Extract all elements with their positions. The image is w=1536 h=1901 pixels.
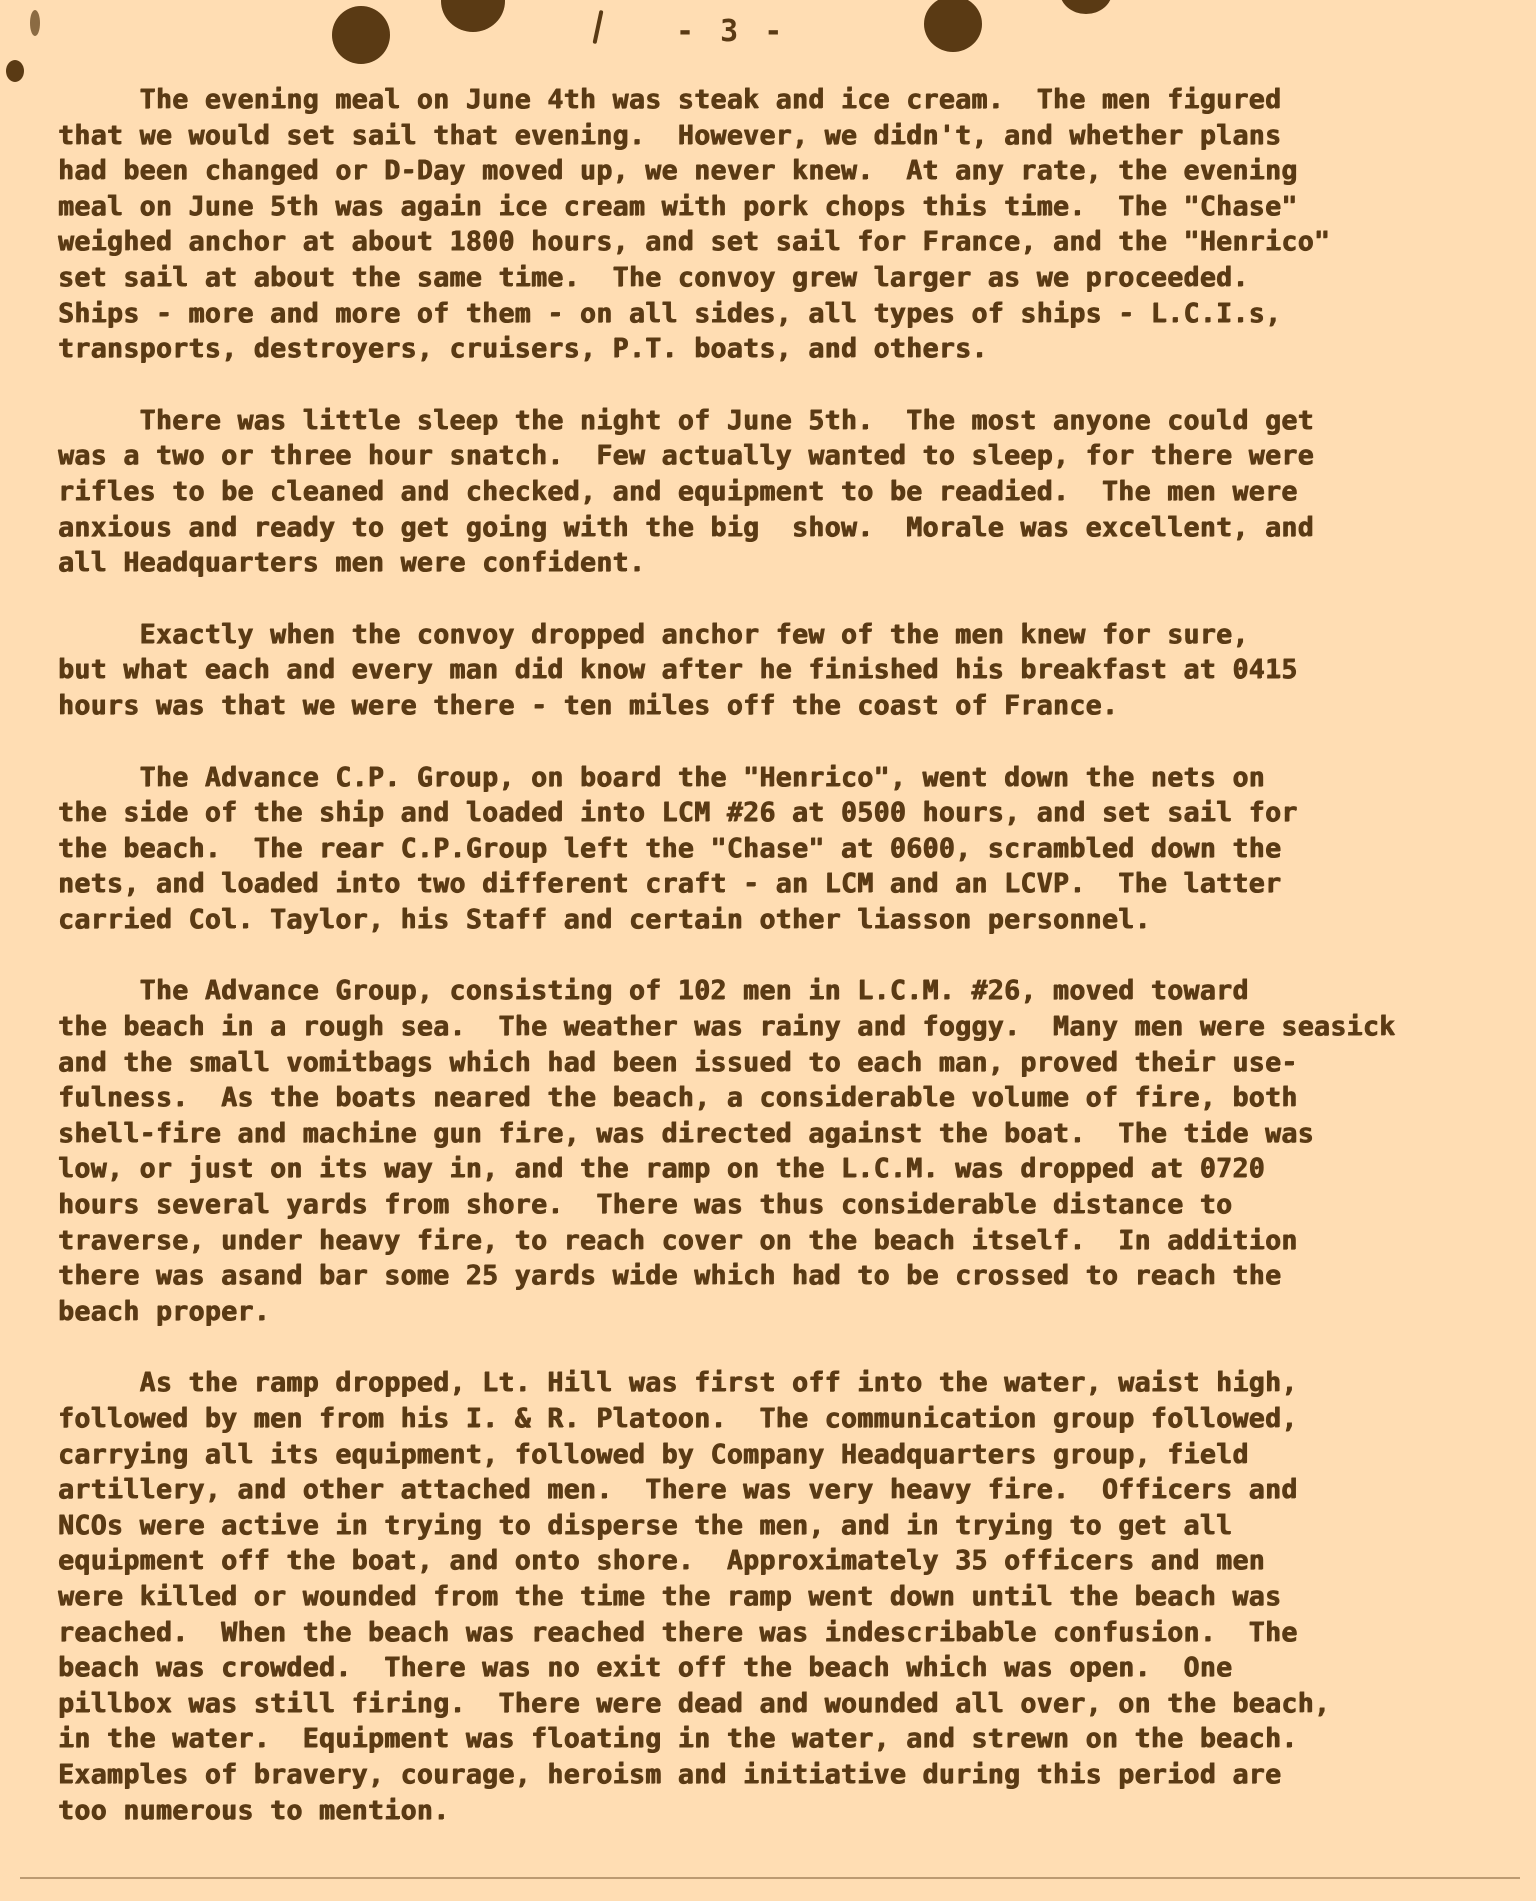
text-line: hours was that we were there - ten miles… (58, 688, 1528, 724)
text-line: The Advance C.P. Group, on board the "He… (58, 760, 1528, 796)
text-line: the side of the ship and loaded into LCM… (58, 795, 1528, 831)
text-line: was a two or three hour snatch. Few actu… (58, 438, 1528, 474)
text-line: carrying all its equipment, followed by … (58, 1437, 1528, 1473)
text-line: equipment off the boat, and onto shore. … (58, 1543, 1528, 1579)
text-line: Ships - more and more of them - on all s… (58, 296, 1528, 332)
text-line: The Advance Group, consisting of 102 men… (58, 973, 1528, 1009)
text-line: beach was crowded. There was no exit off… (58, 1650, 1528, 1686)
text-line: hours several yards from shore. There wa… (58, 1187, 1528, 1223)
text-line: all Headquarters men were confident. (58, 545, 1528, 581)
paragraph-embarkation: The evening meal on June 4th was steak a… (58, 82, 1528, 367)
punch-hole (1060, 0, 1112, 14)
text-line: anxious and ready to get going with the … (58, 510, 1528, 546)
text-line: Examples of bravery, courage, heroism an… (58, 1757, 1528, 1793)
paragraph-landing: As the ramp dropped, Lt. Hill was first … (58, 1365, 1528, 1828)
text-line: the beach. The rear C.P.Group left the "… (58, 831, 1528, 867)
text-line: pillbox was still firing. There were dea… (58, 1686, 1528, 1722)
scan-artifact-line (20, 1877, 1520, 1879)
text-line: rifles to be cleaned and checked, and eq… (58, 474, 1528, 510)
text-line: transports, destroyers, cruisers, P.T. b… (58, 331, 1528, 367)
text-line: There was little sleep the night of June… (58, 403, 1528, 439)
text-line: NCOs were active in trying to disperse t… (58, 1508, 1528, 1544)
text-line: traverse, under heavy fire, to reach cov… (58, 1223, 1528, 1259)
text-line: carried Col. Taylor, his Staff and certa… (58, 902, 1528, 938)
text-line: in the water. Equipment was floating in … (58, 1721, 1528, 1757)
punch-hole (332, 6, 390, 64)
text-line: shell-fire and machine gun fire, was dir… (58, 1116, 1528, 1152)
text-line: artillery, and other attached men. There… (58, 1472, 1528, 1508)
text-line: that we would set sail that evening. How… (58, 118, 1528, 154)
text-line: weighed anchor at about 1800 hours, and … (58, 224, 1528, 260)
paragraph-arrival: Exactly when the convoy dropped anchor f… (58, 617, 1528, 724)
text-line: set sail at about the same time. The con… (58, 260, 1528, 296)
text-line: low, or just on its way in, and the ramp… (58, 1151, 1528, 1187)
ink-blot (6, 60, 24, 82)
pen-mark (593, 10, 604, 44)
text-line: the beach in a rough sea. The weather wa… (58, 1009, 1528, 1045)
text-line: had been changed or D-Day moved up, we n… (58, 153, 1528, 189)
punch-hole (924, 0, 982, 52)
text-line: nets, and loaded into two different craf… (58, 866, 1528, 902)
text-line: and the small vomitbags which had been i… (58, 1045, 1528, 1081)
text-line: reached. When the beach was reached ther… (58, 1615, 1528, 1651)
text-line: followed by men from his I. & R. Platoon… (58, 1401, 1528, 1437)
text-line: but what each and every man did know aft… (58, 652, 1528, 688)
text-line: were killed or wounded from the time the… (58, 1579, 1528, 1615)
document-body: The evening meal on June 4th was steak a… (58, 82, 1528, 1864)
paragraph-loading: The Advance C.P. Group, on board the "He… (58, 760, 1528, 938)
text-line: As the ramp dropped, Lt. Hill was first … (58, 1365, 1528, 1401)
ink-blot (30, 10, 40, 36)
page-number: - 3 - (676, 14, 786, 49)
paragraph-approach: The Advance Group, consisting of 102 men… (58, 973, 1528, 1329)
text-line: beach proper. (58, 1294, 1528, 1330)
paragraph-night-before: There was little sleep the night of June… (58, 403, 1528, 581)
text-line: fulness. As the boats neared the beach, … (58, 1080, 1528, 1116)
text-line: there was asand bar some 25 yards wide w… (58, 1258, 1528, 1294)
text-line: Exactly when the convoy dropped anchor f… (58, 617, 1528, 653)
text-line: meal on June 5th was again ice cream wit… (58, 189, 1528, 225)
punch-hole (441, 0, 505, 32)
text-line: too numerous to mention. (58, 1793, 1528, 1829)
text-line: The evening meal on June 4th was steak a… (58, 82, 1528, 118)
